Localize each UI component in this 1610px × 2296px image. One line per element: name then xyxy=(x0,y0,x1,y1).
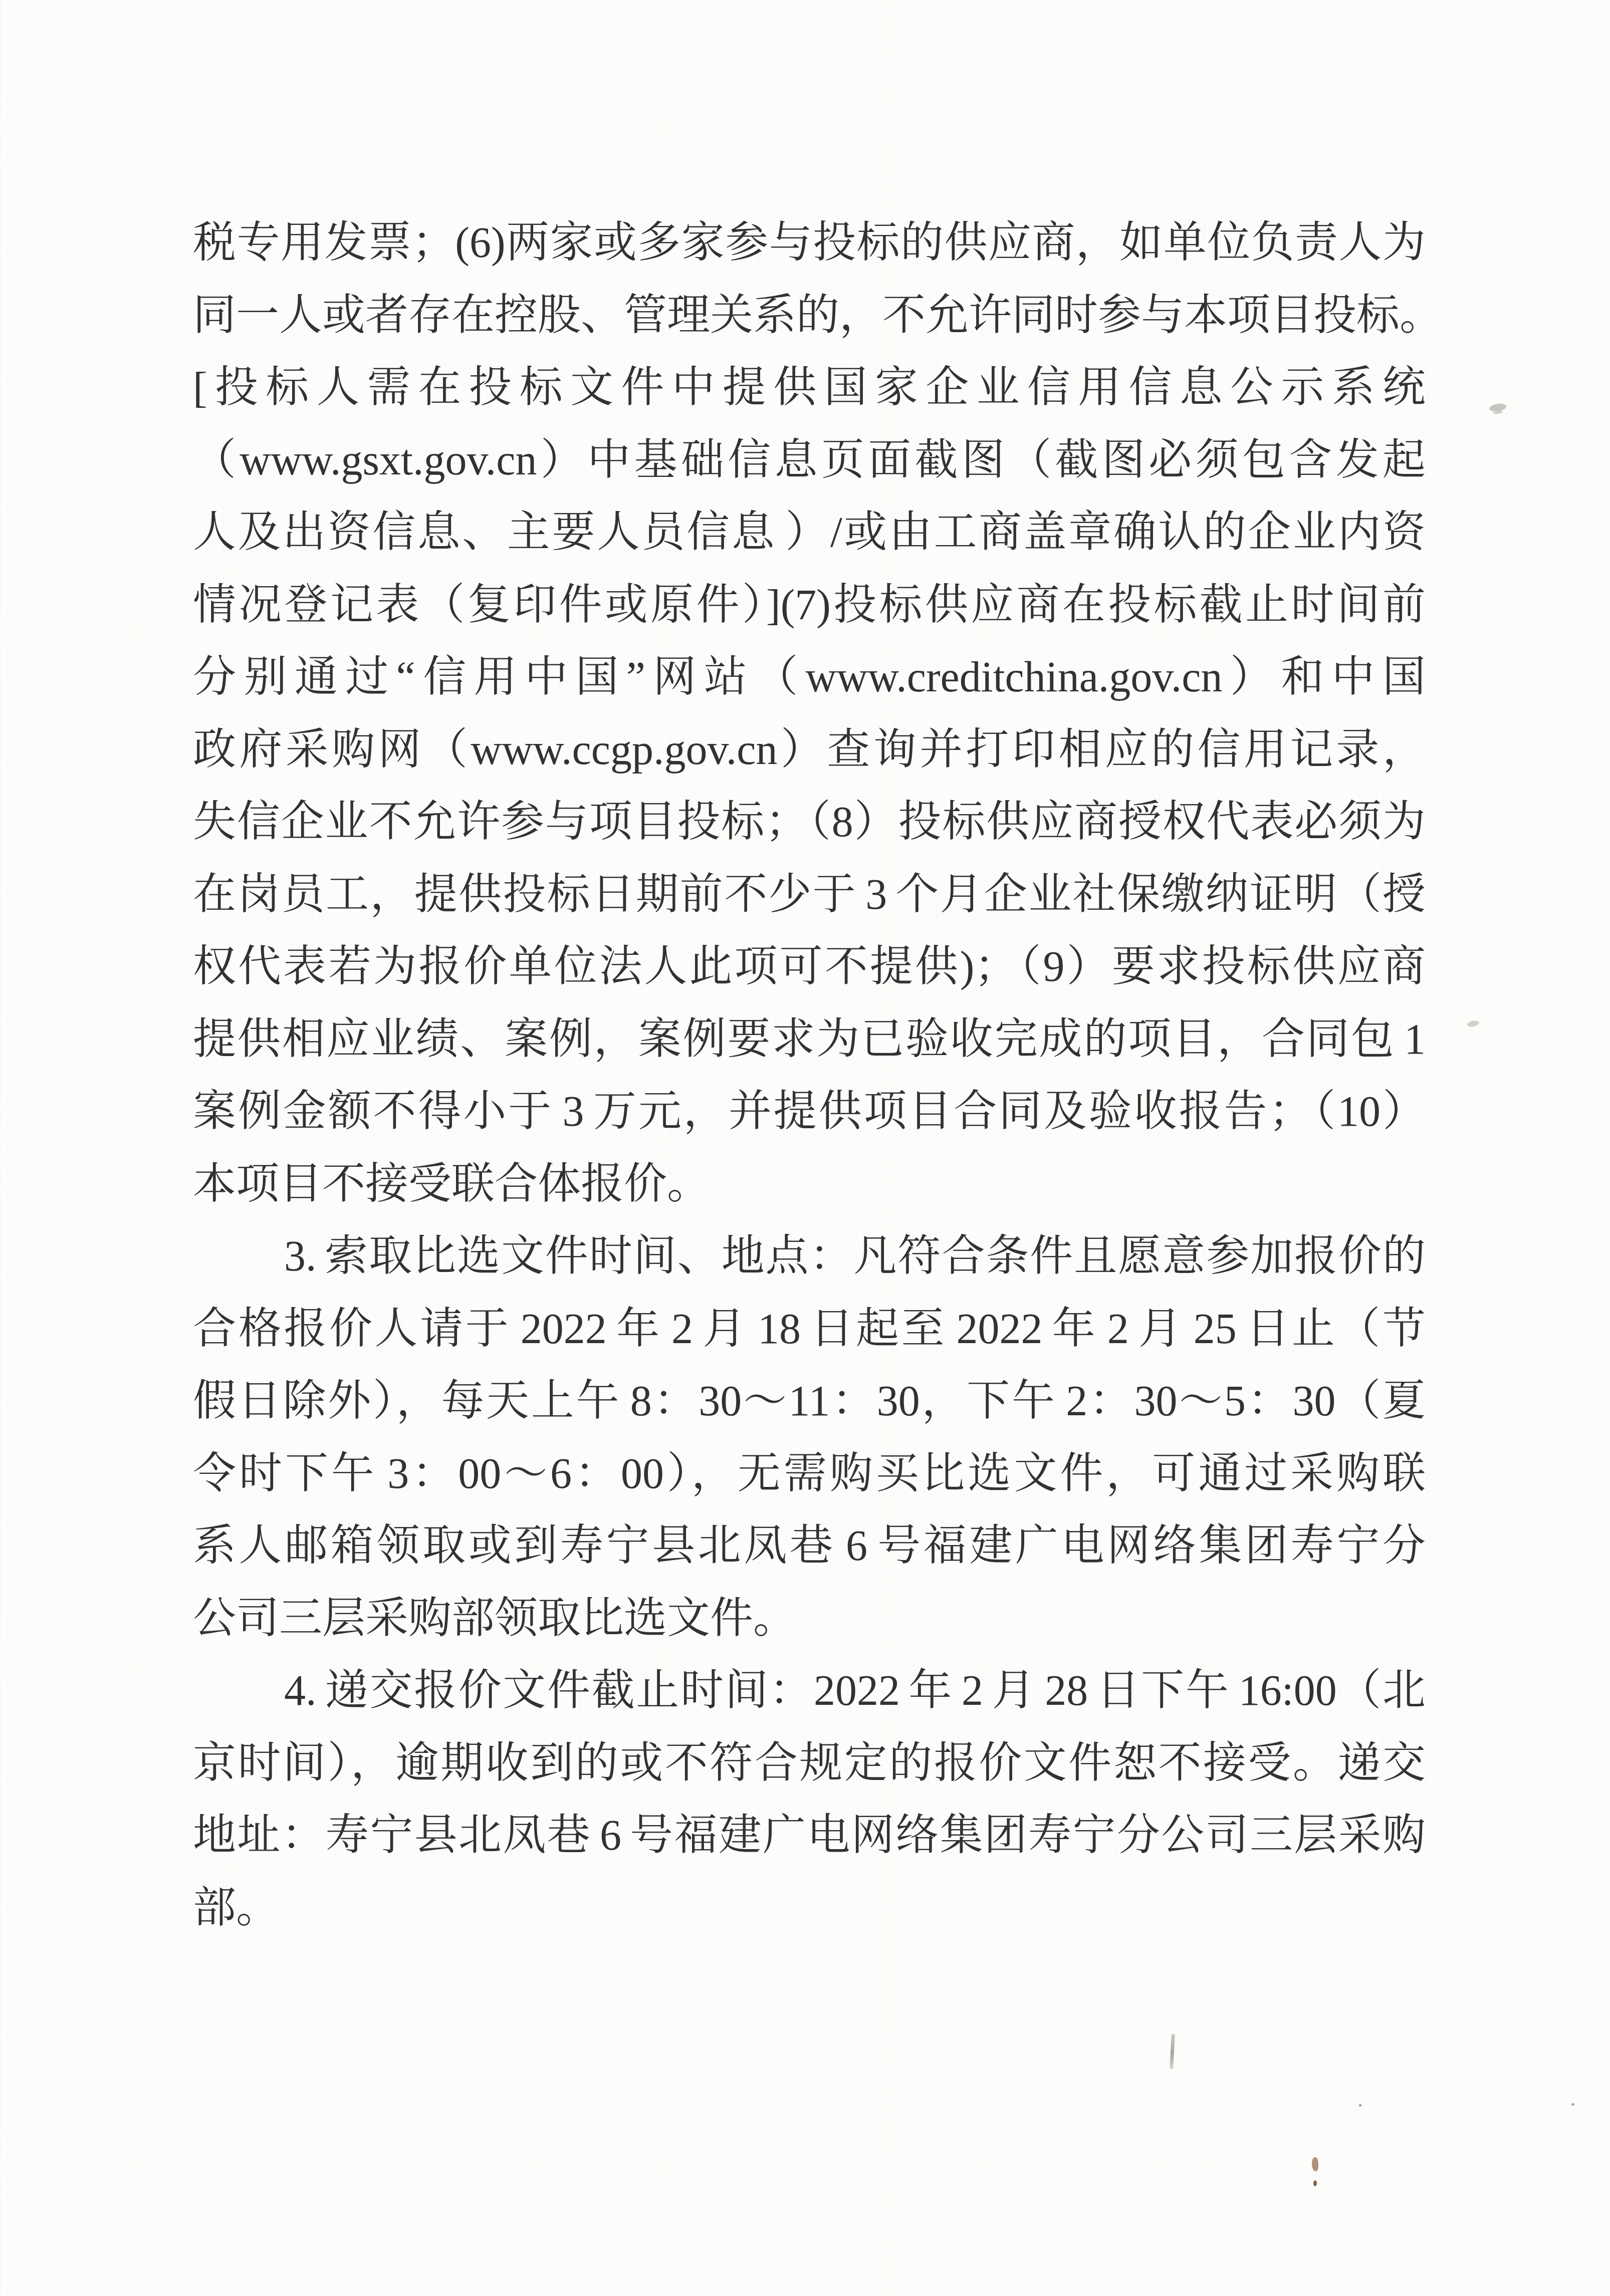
doc-line-paragraph-end: 公司三层采购部领取比选文件。 xyxy=(193,1582,1426,1655)
doc-line: 权代表若为报价单位法人此项可不提供)；（9）要求投标供应商 xyxy=(193,930,1426,1003)
scan-fleck xyxy=(1312,2157,1318,2171)
scanned-document-page: 税专用发票；(6)两家或多家参与投标的供应商，如单位负责人为 同一人或者存在控股… xyxy=(0,0,1610,2296)
scan-dot xyxy=(1359,2104,1361,2107)
doc-line: 京时间），逾期收到的或不符合规定的报价文件恕不接受。递交 xyxy=(193,1727,1426,1800)
scan-scratch xyxy=(1170,2034,1175,2069)
doc-line-item-3-start: 3. 索取比选文件时间、地点：凡符合条件且愿意参加报价的 xyxy=(193,1220,1426,1293)
doc-line: 系人邮箱领取或到寿宁县北凤巷 6 号福建广电网络集团寿宁分 xyxy=(193,1509,1426,1582)
doc-line: 情况登记表（复印件或原件）](7)投标供应商在投标截止时间前 xyxy=(193,569,1426,641)
doc-line: 失信企业不允许参与项目投标；（8）投标供应商授权代表必须为 xyxy=(193,786,1426,858)
doc-line: 在岗员工，提供投标日期前不少于 3 个月企业社保缴纳证明（授 xyxy=(193,858,1426,931)
doc-line: 案例金额不得小于 3 万元，并提供项目合同及验收报告；（10） xyxy=(193,1075,1426,1148)
doc-line: 提供相应业绩、案例，案例要求为已验收完成的项目，合同包 1 xyxy=(193,1003,1426,1076)
doc-line: 同一人或者存在控股、管理关系的，不允许同时参与本项目投标。 xyxy=(193,279,1426,352)
doc-line: 分别通过“信用中国”网站（www.creditchina.gov.cn）和中国 xyxy=(193,641,1426,713)
scan-speck xyxy=(1467,1020,1480,1028)
doc-line-paragraph-end: 本项目不接受联合体报价。 xyxy=(193,1148,1426,1220)
doc-line: [投标人需在投标文件中提供国家企业信用信息公示系统 xyxy=(193,351,1426,424)
doc-line-item-4-start: 4. 递交报价文件截止时间：2022 年 2 月 28 日下午 16:00（北 xyxy=(193,1654,1426,1727)
doc-line: 合格报价人请于 2022 年 2 月 18 日起至 2022 年 2 月 25 … xyxy=(193,1293,1426,1365)
doc-line: （www.gsxt.gov.cn）中基础信息页面截图（截图必须包含发起 xyxy=(193,424,1426,496)
doc-line: 税专用发票；(6)两家或多家参与投标的供应商，如单位负责人为 xyxy=(193,206,1426,279)
doc-line: 令时下午 3：00～6：00），无需购买比选文件，可通过采购联 xyxy=(193,1437,1426,1510)
scan-speck xyxy=(1489,403,1507,413)
doc-line: 假日除外），每天上午 8：30～11：30，下午 2：30～5：30（夏 xyxy=(193,1365,1426,1437)
document-text-block: 税专用发票；(6)两家或多家参与投标的供应商，如单位负责人为 同一人或者存在控股… xyxy=(193,206,1426,1944)
doc-line: 人及出资信息、主要人员信息 ）/或由工商盖章确认的企业内资 xyxy=(193,496,1426,569)
scan-dot xyxy=(1571,2103,1574,2106)
doc-line: 地址：寿宁县北凤巷 6 号福建广电网络集团寿宁分公司三层采购 xyxy=(193,1799,1426,1872)
doc-line: 政府采购网（www.ccgp.gov.cn）查询并打印相应的信用记录， xyxy=(193,713,1426,786)
doc-line-paragraph-end: 部。 xyxy=(193,1872,1426,1944)
